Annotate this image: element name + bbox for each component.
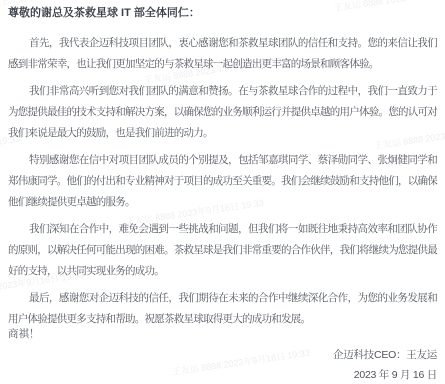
letter-paragraph-4: 我们深知在合作中，难免会遇到一些挑战和问题，但我们将一如既往地秉持高效率和团队协… bbox=[8, 219, 437, 282]
letter-document: { "letter": { "salutation": "尊敬的谢总及茶救星球 … bbox=[0, 0, 445, 384]
letter-paragraph-2: 我们非常高兴听到您对我们团队的满意和赞扬。在与茶救星球合作的过程中，我们一直致力… bbox=[8, 81, 437, 144]
letter-date: 2023 年 9 月 16 日 bbox=[8, 365, 437, 384]
letter-body: 尊敬的谢总及茶救星球 IT 部全体同仁： 首先，我代表企迈科技项目团队，衷心感谢… bbox=[0, 0, 445, 384]
letter-paragraph-3: 特别感谢您在信中对项目团队成员的个别提及，包括邹嘉琪同学、蔡泽勋同学、张炯健同学… bbox=[8, 150, 437, 213]
letter-paragraph-1: 首先，我代表企迈科技项目团队，衷心感谢您和茶救星球团队的信任和支持。您的来信让我… bbox=[8, 33, 437, 75]
letter-signature: 企迈科技CEO：王友运 bbox=[8, 345, 437, 365]
letter-salutation: 尊敬的谢总及茶救星球 IT 部全体同仁： bbox=[8, 5, 437, 21]
